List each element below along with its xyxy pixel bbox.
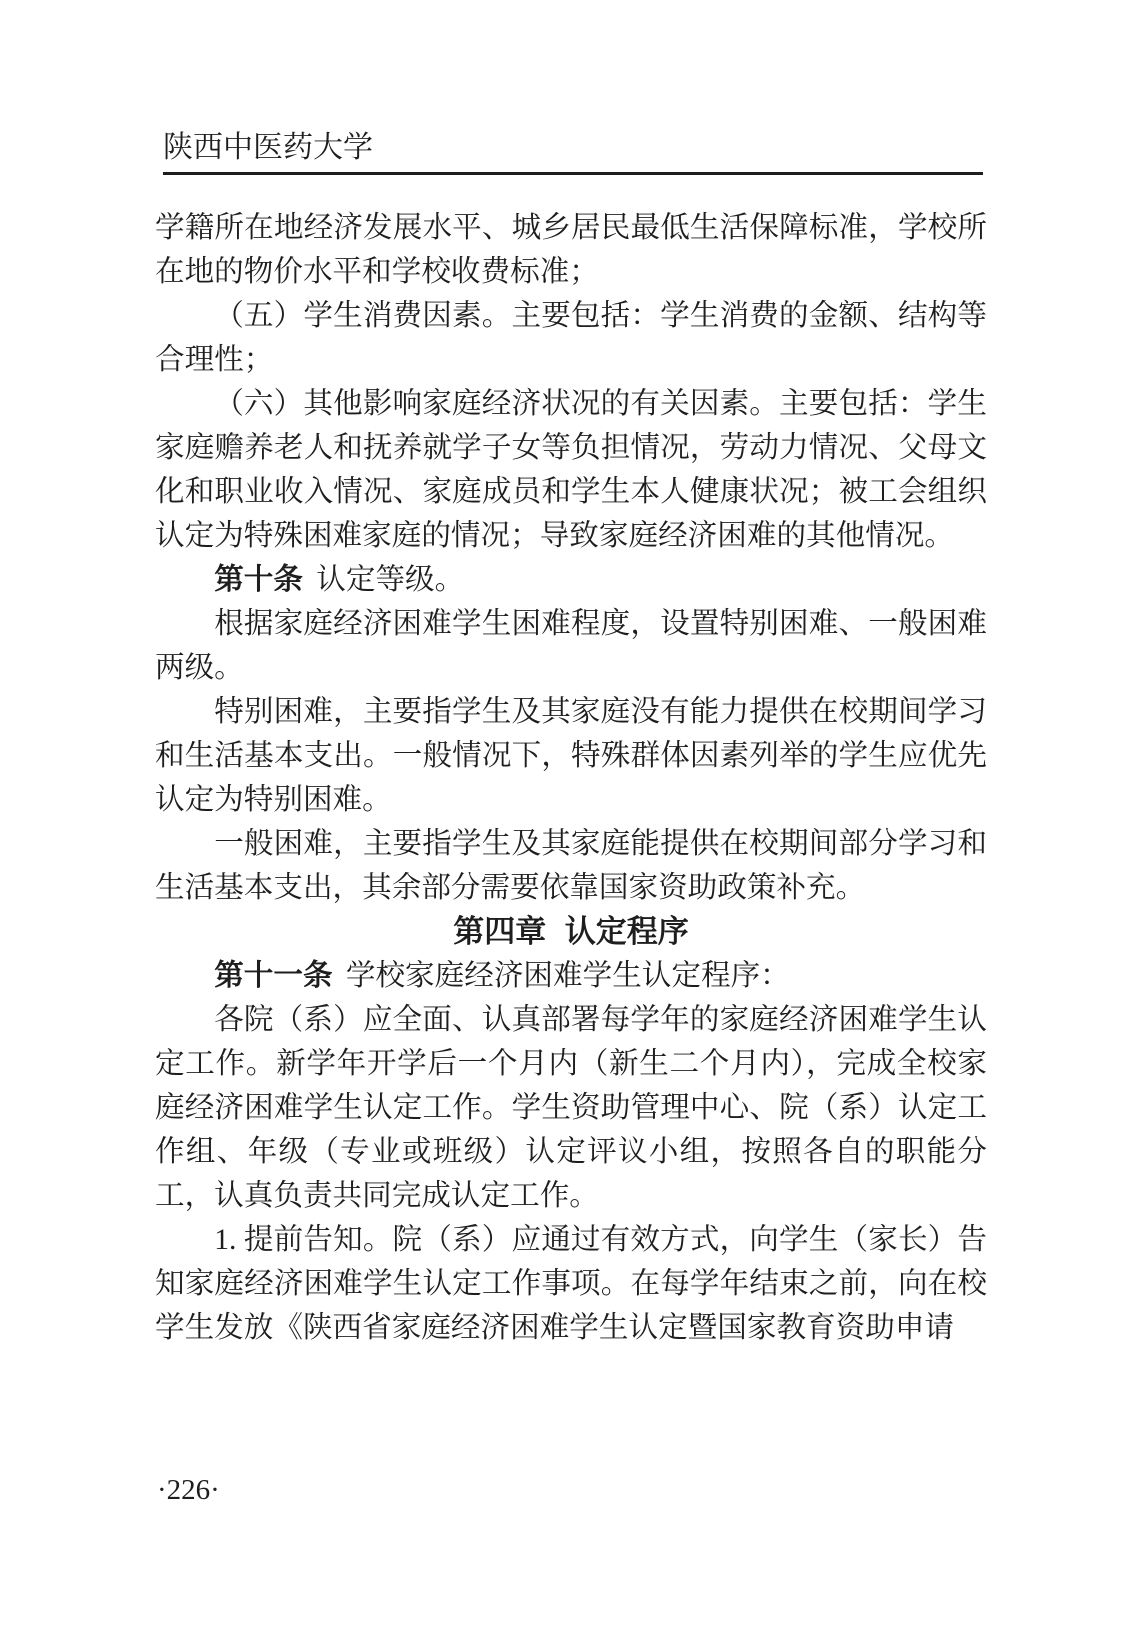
- page-footer: ·226·: [157, 1470, 220, 1510]
- paragraph-text: 一般困难，主要指学生及其家庭能提供在校期间部分学习和生活基本支出，其余部分需要依…: [155, 828, 987, 904]
- body-text: 学籍所在地经济发展水平、城乡居民最低生活保障标准，学校所在地的物价水平和学校收费…: [155, 206, 987, 1350]
- paragraph: 第十条认定等级。: [155, 558, 987, 602]
- paragraph-text: 学籍所在地经济发展水平、城乡居民最低生活保障标准，学校所在地的物价水平和学校收费…: [155, 212, 987, 288]
- paragraph-text: 各院（系）应全面、认真部署每学年的家庭经济困难学生认定工作。新学年开学后一个月内…: [155, 1004, 987, 1212]
- paragraph-text: （六）其他影响家庭经济状况的有关因素。主要包括：学生家庭赡养老人和抚养就学子女等…: [155, 388, 987, 552]
- paragraph-text: 认定等级。: [316, 564, 464, 596]
- paragraph: 学籍所在地经济发展水平、城乡居民最低生活保障标准，学校所在地的物价水平和学校收费…: [155, 206, 987, 294]
- chapter-title: 认定程序: [565, 914, 689, 949]
- article-number: 第十条: [214, 563, 303, 596]
- paragraph: 各院（系）应全面、认真部署每学年的家庭经济困难学生认定工作。新学年开学后一个月内…: [155, 998, 987, 1218]
- chapter-heading: 第四章认定程序: [155, 910, 987, 954]
- paragraph: 第十一条学校家庭经济困难学生认定程序：: [155, 954, 987, 998]
- paragraph: 根据家庭经济困难学生困难程度，设置特别困难、一般困难两级。: [155, 602, 987, 690]
- paragraph: （五）学生消费因素。主要包括：学生消费的金额、结构等合理性；: [155, 294, 987, 382]
- page-number: ·226·: [157, 1474, 220, 1506]
- paragraph-text: 根据家庭经济困难学生困难程度，设置特别困难、一般困难两级。: [155, 608, 987, 684]
- chapter-number: 第四章: [453, 914, 546, 949]
- paragraph-text: 特别困难，主要指学生及其家庭没有能力提供在校期间学习和生活基本支出。一般情况下，…: [155, 696, 987, 816]
- paragraph: 一般困难，主要指学生及其家庭能提供在校期间部分学习和生活基本支出，其余部分需要依…: [155, 822, 987, 910]
- paragraph-text: 1. 提前告知。院（系）应通过有效方式，向学生（家长）告知家庭经济困难学生认定工…: [155, 1224, 987, 1344]
- document-page: 陕西中医药大学 学籍所在地经济发展水平、城乡居民最低生活保障标准，学校所在地的物…: [0, 0, 1126, 1646]
- article-number: 第十一条: [214, 959, 332, 992]
- paragraph-text: 学校家庭经济困难学生认定程序：: [346, 960, 790, 992]
- paragraph: 特别困难，主要指学生及其家庭没有能力提供在校期间学习和生活基本支出。一般情况下，…: [155, 690, 987, 822]
- paragraph: 1. 提前告知。院（系）应通过有效方式，向学生（家长）告知家庭经济困难学生认定工…: [155, 1218, 987, 1350]
- header-title: 陕西中医药大学: [163, 131, 373, 164]
- paragraph-text: （五）学生消费因素。主要包括：学生消费的金额、结构等合理性；: [155, 300, 987, 376]
- page-header: 陕西中医药大学: [163, 131, 983, 175]
- paragraph: （六）其他影响家庭经济状况的有关因素。主要包括：学生家庭赡养老人和抚养就学子女等…: [155, 382, 987, 558]
